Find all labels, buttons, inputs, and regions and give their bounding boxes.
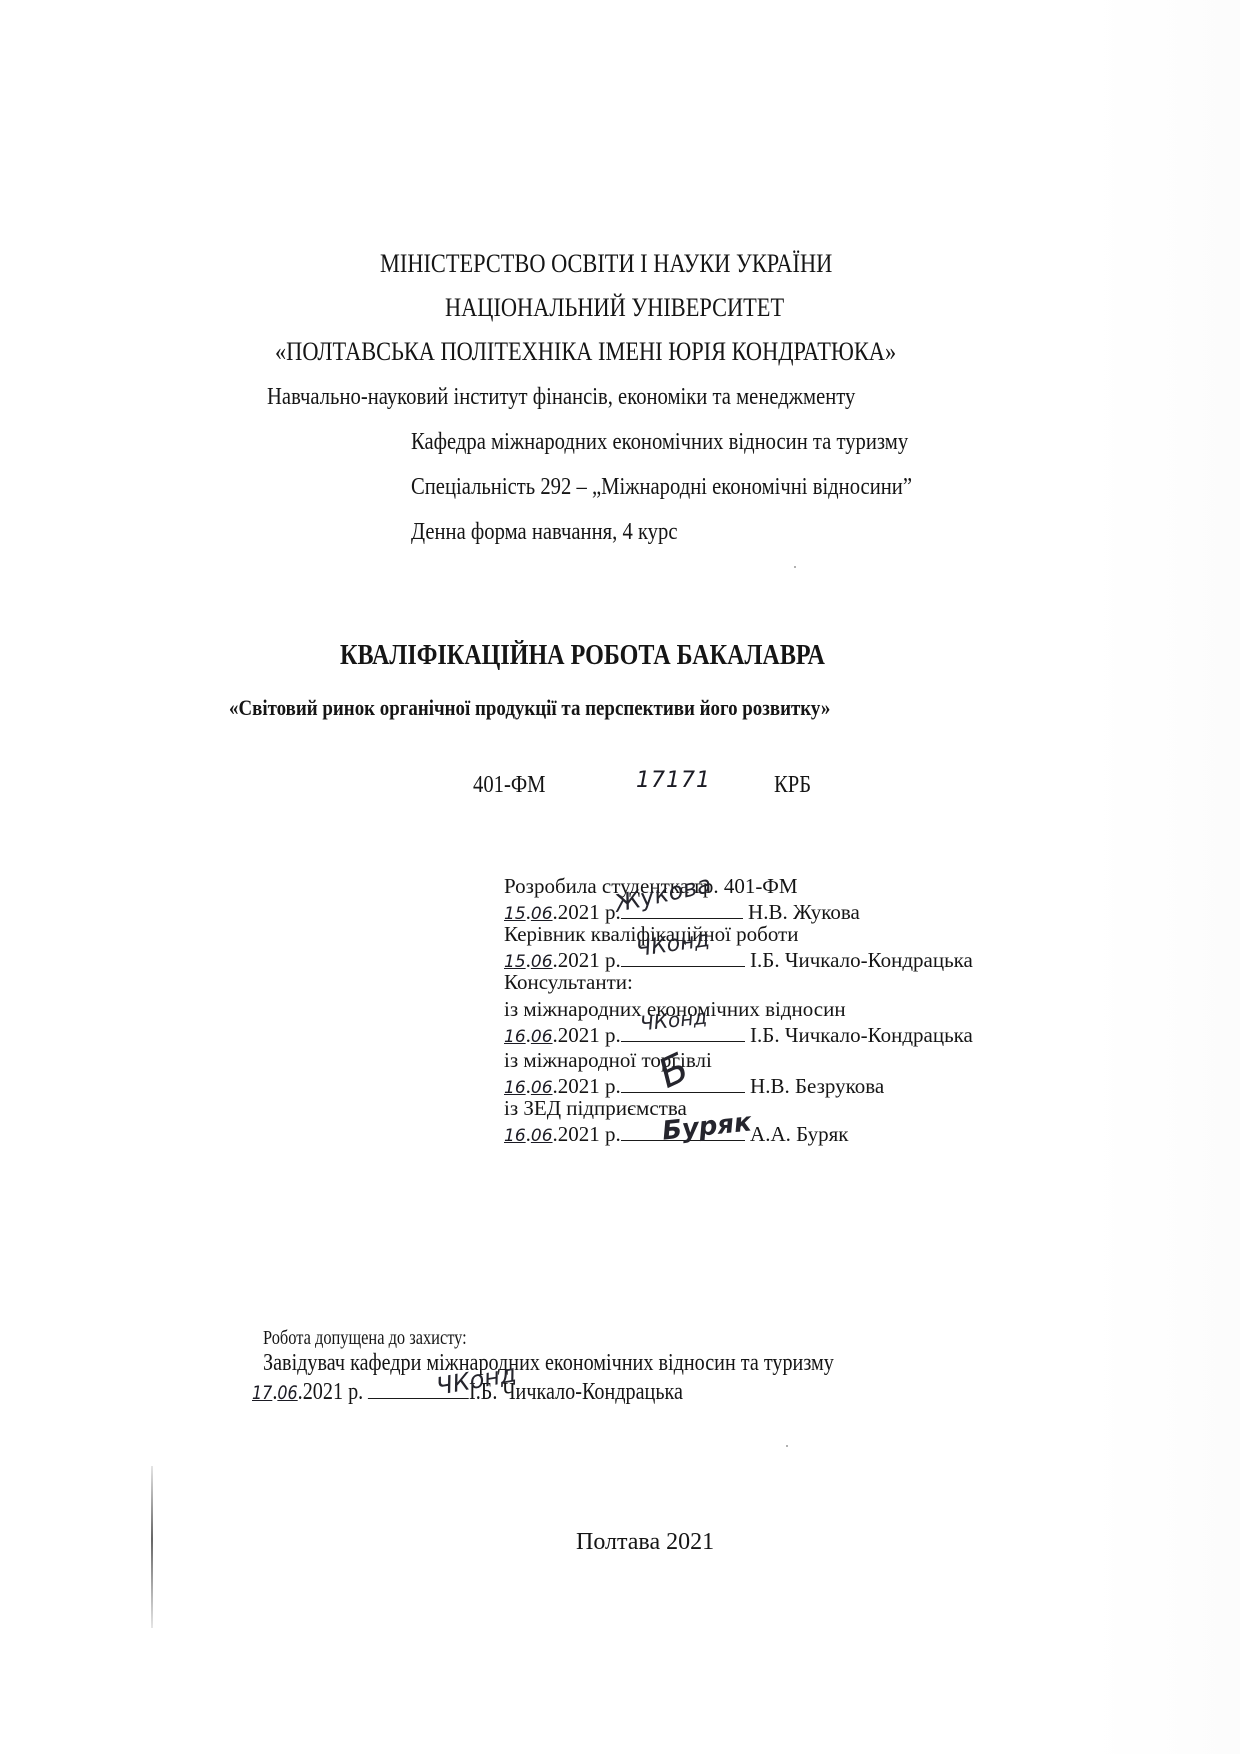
department-name: Кафедра міжнародних економічних відносин… (411, 430, 908, 454)
date-day: 17 (252, 1382, 272, 1404)
date-year: .2021 р. (553, 1023, 621, 1047)
approval-signature-row: 17.06.2021 р. І.Б. Чичкало-Кондрацька (252, 1380, 683, 1404)
signature-line (621, 900, 743, 919)
consultant-name-3: А.А. Буряк (750, 1122, 848, 1146)
date-year: .2021 р. (553, 900, 621, 924)
scan-speck (786, 1445, 788, 1447)
date-day: 16 (504, 1126, 526, 1146)
thesis-topic: «Світовий ринок органічної продукції та … (229, 697, 830, 719)
supervisor-name: І.Б. Чичкало-Кондрацька (750, 948, 973, 972)
signature-line (621, 1122, 745, 1141)
group-code: 401-ФМ (473, 773, 545, 797)
date-day: 15 (504, 952, 526, 972)
approval-label: Робота допущена до захисту: (263, 1328, 467, 1348)
consultant-signature-row-2: 16.06.2021 р. Н.В. Безрукова (504, 1074, 884, 1097)
developed-by-label: Розробила студентка гр. 401-ФМ (504, 876, 798, 897)
date-month: 06 (531, 904, 553, 924)
signature-line (368, 1380, 469, 1399)
head-of-department-title: Завідувач кафедри міжнародних економічни… (263, 1351, 834, 1375)
consultant-area-2: із міжнародної торгівлі (504, 1050, 712, 1071)
consultant-name-1: І.Б. Чичкало-Кондрацька (750, 1023, 973, 1047)
date-year: .2021 р. (298, 1379, 364, 1405)
date-year: .2021 р. (553, 1122, 621, 1146)
date-month: 06 (277, 1382, 297, 1404)
consultants-label: Консультанти: (504, 972, 633, 993)
supervisor-signature-row: 15.06.2021 р. І.Б. Чичкало-Кондрацька (504, 948, 973, 971)
student-name: Н.В. Жукова (748, 900, 860, 924)
document-page: МІНІСТЕРСТВО ОСВІТИ І НАУКИ УКРАЇНИ НАЦІ… (0, 0, 1240, 1754)
city-year: Полтава 2021 (576, 1530, 714, 1554)
study-form: Денна форма навчання, 4 курс (411, 520, 677, 544)
signature-line (621, 1023, 745, 1042)
consultant-signature-row-1: 16.06.2021 р. І.Б. Чичкало-Кондрацька (504, 1023, 973, 1046)
consultant-area-3: із ЗЕД підприємства (504, 1098, 687, 1119)
date-year: .2021 р. (553, 1074, 621, 1098)
supervisor-label: Керівник кваліфікаційної роботи (504, 924, 798, 945)
date-year: .2021 р. (553, 948, 621, 972)
student-signature-row: 15.06.2021 р. Н.В. Жукова (504, 900, 860, 923)
document-title: КВАЛІФІКАЦІЙНА РОБОТА БАКАЛАВРА (340, 642, 825, 670)
university-name-line1: НАЦІОНАЛЬНИЙ УНІВЕРСИТЕТ (445, 295, 784, 321)
date-day: 15 (504, 904, 526, 924)
university-name-line2: «ПОЛТАВСЬКА ПОЛІТЕХНІКА ІМЕНІ ЮРІЯ КОНДР… (275, 339, 896, 365)
date-day: 16 (504, 1027, 526, 1047)
specialty: Спеціальність 292 – „Міжнародні економіч… (411, 475, 912, 499)
scan-artifact-line (151, 1466, 153, 1628)
date-month: 06 (531, 1027, 553, 1047)
consultant-signature-row-3: 16.06.2021 р. А.А. Буряк (504, 1122, 849, 1145)
head-of-department-name: І.Б. Чичкало-Кондрацька (469, 1379, 683, 1405)
consultant-area-1: із міжнародних економічних відносин (504, 999, 846, 1020)
date-month: 06 (531, 1126, 553, 1146)
scan-speck (794, 566, 796, 568)
handwritten-registration-number: 17171 (636, 770, 711, 792)
signature-line (621, 948, 745, 967)
date-month: 06 (531, 952, 553, 972)
signature-line (621, 1074, 745, 1093)
consultant-name-2: Н.В. Безрукова (750, 1074, 884, 1098)
ministry-heading: МІНІСТЕРСТВО ОСВІТИ І НАУКИ УКРАЇНИ (380, 251, 832, 277)
work-type-code: КРБ (774, 773, 811, 797)
date-month: 06 (531, 1078, 553, 1098)
institute-name: Навчально-науковий інститут фінансів, ек… (267, 385, 855, 409)
date-day: 16 (504, 1078, 526, 1098)
